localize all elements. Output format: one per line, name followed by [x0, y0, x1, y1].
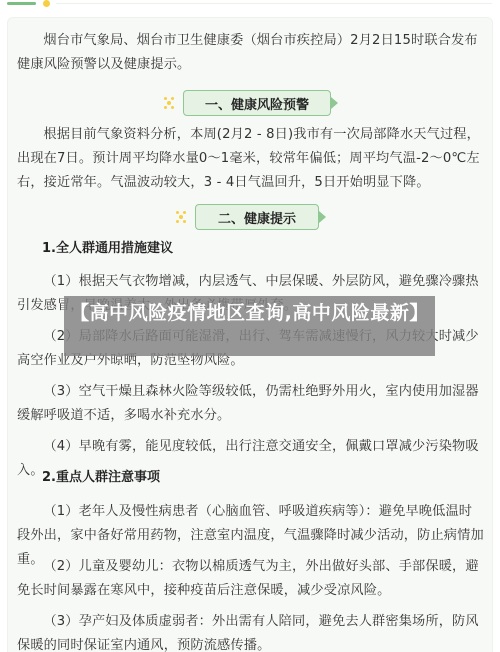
sparkle-icon — [164, 97, 174, 109]
intro-paragraph: 烟台市气象局、烟台市卫生健康委（烟台市疾控局）2月2日15时联合发布健康风险预警… — [17, 29, 484, 77]
sparkle-icon — [176, 211, 186, 223]
list-item: （3）孕产妇及体质虚弱者：外出需有人陪同，避免去人群密集场所，防风保暖的同时保证… — [17, 610, 484, 652]
warning-paragraph: 根据目前气象资料分析，本周(2月2 - 8日)我市有一次局部降水天气过程，出现在… — [17, 123, 484, 195]
divider-line — [56, 3, 492, 4]
top-decoration — [0, 0, 500, 14]
section-header-tips: 二、健康提示 — [176, 204, 326, 230]
arrow-right-icon — [319, 211, 326, 223]
section-header-warning: 一、健康风险预警 — [164, 90, 338, 116]
green-accent-bar — [7, 2, 36, 5]
arrow-right-icon — [331, 97, 338, 109]
subheading-general: 1.全人群通用措施建议 — [42, 239, 173, 259]
subheading-key-groups: 2.重点人群注意事项 — [42, 468, 160, 488]
overlay-title-banner[interactable]: 【高中风险疫情地区查询,高中风险最新】 — [64, 296, 435, 356]
section-title: 一、健康风险预警 — [183, 90, 331, 116]
list-item: （3）空气干燥且森林火险等级较低，仍需杜绝野外用火，室内使用加湿器缓解呼吸道不适… — [17, 380, 484, 428]
section-title: 二、健康提示 — [195, 204, 319, 230]
yellow-dot-icon — [43, 0, 50, 7]
list-item: （2）儿童及婴幼儿：衣物以棉质透气为主，外出做好头部、手部保暖，避免长时间暴露在… — [17, 555, 484, 603]
